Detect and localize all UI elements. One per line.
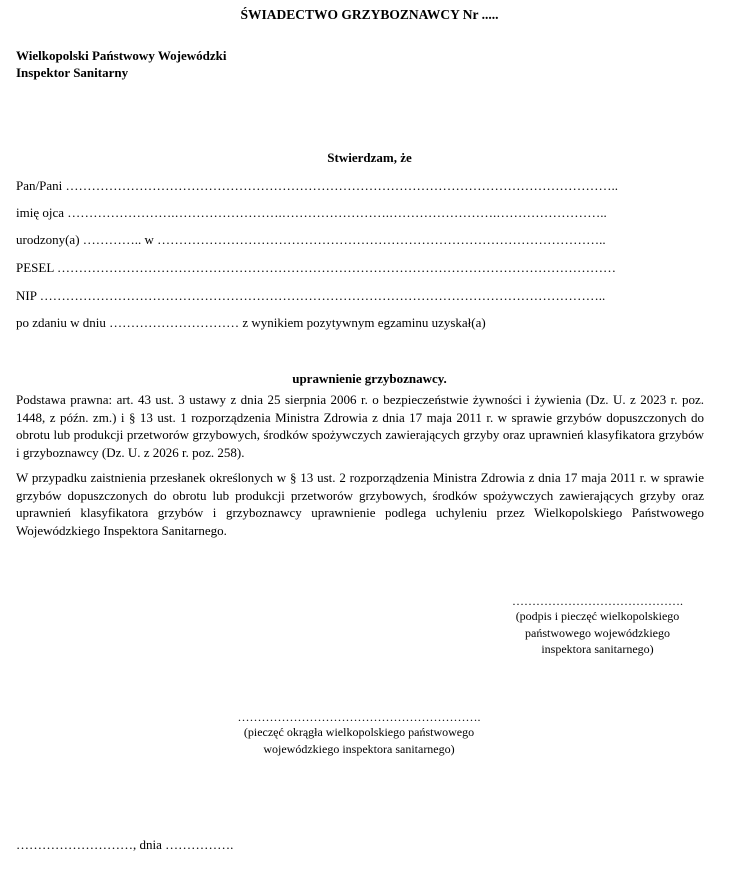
stamp-caption-1: (pieczęć okrągła wielkopolskiego państwo…	[200, 724, 518, 741]
field-pesel[interactable]: PESEL ……………………………………………………………………………………………	[16, 260, 704, 276]
field-name[interactable]: Pan/Pani ……………………………………………………………………………………	[16, 178, 704, 194]
declaration-heading: Stwierdzam, że	[0, 150, 739, 166]
field-father-name[interactable]: imię ojca …………………….…………………….…………………….…………	[16, 205, 704, 221]
issuing-authority: Wielkopolski Państwowy Wojewódzki Inspek…	[16, 47, 226, 81]
place-and-date[interactable]: ………………………, dnia …………….	[16, 837, 233, 853]
field-nip[interactable]: NIP …………………………………………………………………………………………………	[16, 288, 704, 304]
stamp-line[interactable]: …………………………………………………….	[200, 710, 518, 724]
signature-line[interactable]: …………………………………….	[490, 594, 705, 608]
signature-caption-3: inspektora sanitarnego)	[490, 641, 705, 658]
revocation-paragraph: W przypadku zaistnienia przesłanek okreś…	[16, 469, 704, 539]
signature-caption-2: państwowego wojewódzkiego	[490, 625, 705, 642]
signature-block: ……………………………………. (podpis i pieczęć wielko…	[490, 594, 705, 658]
signature-caption-1: (podpis i pieczęć wielkopolskiego	[490, 608, 705, 625]
stamp-block: ……………………………………………………. (pieczęć okrągła w…	[200, 710, 518, 757]
stamp-caption-2: wojewódzkiego inspektora sanitarnego)	[200, 741, 518, 758]
field-exam-date[interactable]: po zdaniu w dniu ………………………… z wynikiem p…	[16, 315, 704, 331]
grant-heading: uprawnienie grzyboznawcy.	[0, 371, 739, 387]
authority-line-2: Inspektor Sanitarny	[16, 64, 226, 81]
certificate-title: ŚWIADECTWO GRZYBOZNAWCY Nr .....	[0, 7, 739, 23]
field-birth[interactable]: urodzony(a) ………….. w ……………………………………………………	[16, 232, 704, 248]
legal-basis-paragraph: Podstawa prawna: art. 43 ust. 3 ustawy z…	[16, 391, 704, 461]
authority-line-1: Wielkopolski Państwowy Wojewódzki	[16, 47, 226, 64]
